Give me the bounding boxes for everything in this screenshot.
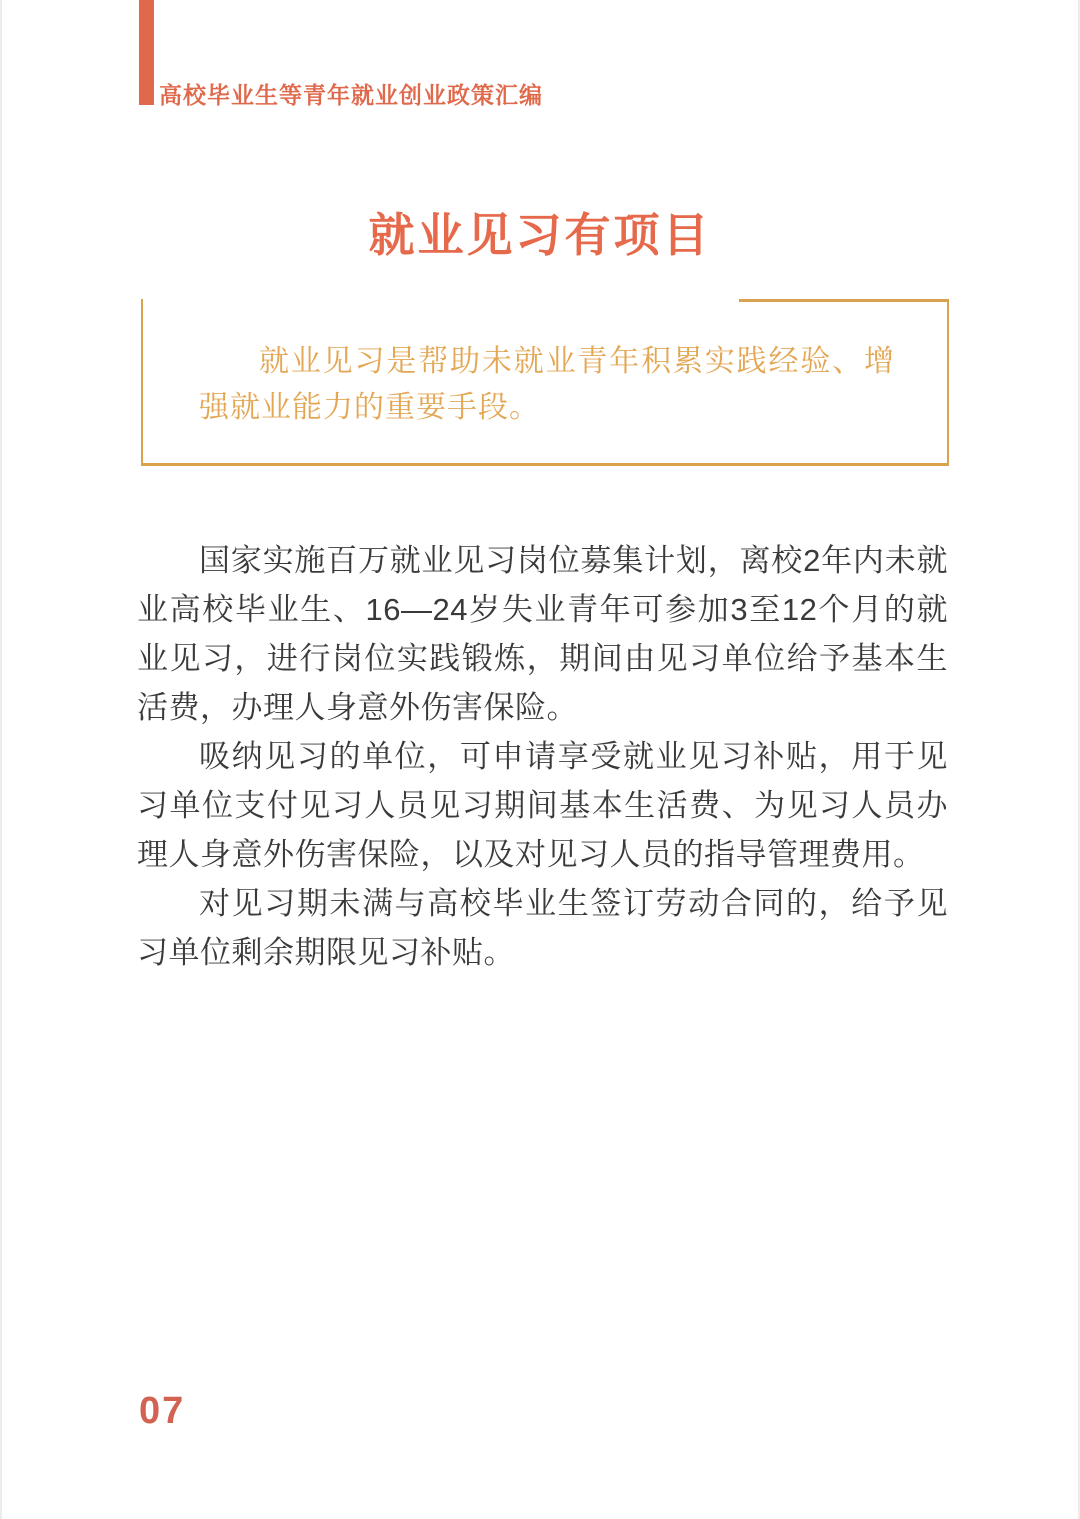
document-page: 高校毕业生等青年就业创业政策汇编 就业见习有项目 就业见习是帮助未就业青年积累实… xyxy=(0,0,1080,1519)
document-header-title: 高校毕业生等青年就业创业政策汇编 xyxy=(159,77,543,110)
callout-top-border-accent xyxy=(739,299,947,302)
header-accent-bar xyxy=(139,0,154,105)
paragraph-3: 对见习期未满与高校毕业生签订劳动合同的，给予见习单位剩余期限见习补贴。 xyxy=(137,879,948,977)
callout-box: 就业见习是帮助未就业青年积累实践经验、增强就业能力的重要手段。 xyxy=(141,299,949,466)
paragraph-2: 吸纳见习的单位，可申请享受就业见习补贴，用于见习单位支付见习人员见习期间基本生活… xyxy=(137,732,948,879)
body-text-block: 国家实施百万就业见习岗位募集计划，离校2年内未就业高校毕业生、16—24岁失业青… xyxy=(137,536,948,977)
paragraph-1: 国家实施百万就业见习岗位募集计划，离校2年内未就业高校毕业生、16—24岁失业青… xyxy=(137,536,948,732)
page-title: 就业见习有项目 xyxy=(2,199,1078,265)
page-number: 07 xyxy=(139,1390,185,1433)
callout-text: 就业见习是帮助未就业青年积累实践经验、增强就业能力的重要手段。 xyxy=(143,299,947,431)
